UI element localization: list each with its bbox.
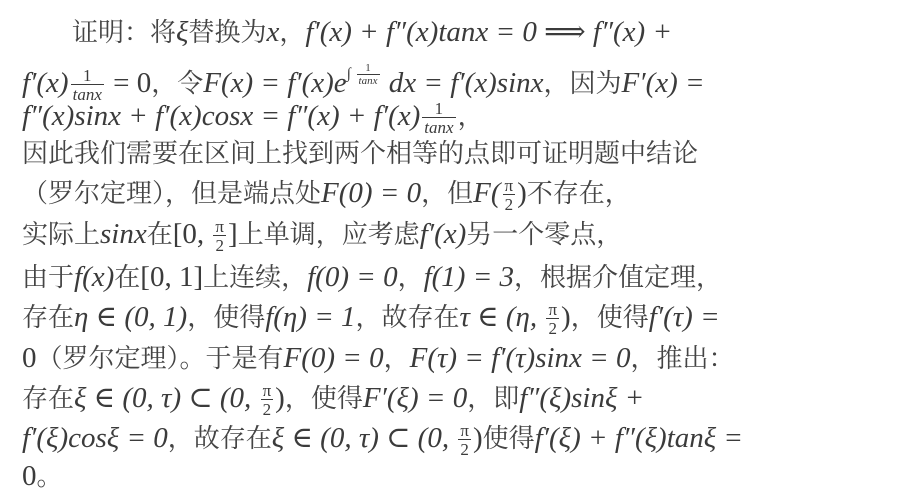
math: [0, 1] bbox=[140, 261, 203, 293]
text: ，使得 bbox=[187, 303, 265, 333]
integral-sign: ∫ bbox=[347, 66, 355, 82]
text: 上单调，应考虑 bbox=[238, 220, 420, 250]
fraction: π2 bbox=[213, 218, 226, 254]
math: F(x) = f′(x)e bbox=[203, 67, 346, 99]
numerator: 1 bbox=[433, 100, 446, 117]
math: x bbox=[266, 16, 279, 48]
math: F(0) = 0 bbox=[284, 342, 384, 374]
proof-line-10: 存在ξ ∈ (0, τ) ⊂ (0, π2)，使得F′(ξ) = 0，即f″(ξ… bbox=[22, 378, 644, 418]
math: η ∈ (0, 1) bbox=[74, 301, 187, 333]
math: ) bbox=[473, 422, 483, 454]
proof-line-5: （罗尔定理），但是端点处F(0) = 0，但F(π2)不存在， bbox=[22, 173, 631, 213]
denominator: 2 bbox=[458, 439, 471, 458]
math: = 0 bbox=[106, 67, 151, 99]
fraction: 1tanx bbox=[422, 100, 455, 136]
text: ，推出： bbox=[631, 344, 735, 374]
text: 。 bbox=[37, 462, 63, 492]
math: f″(ξ)sinξ + bbox=[519, 382, 644, 414]
proof-line-6: 实际上sinx在[0, π2]上单调，应考虑f′(x)另一个零点， bbox=[22, 214, 622, 254]
text: ，故存在 bbox=[168, 424, 272, 454]
math: f″(x)sinx + f′(x)cosx = f″(x) + f′(x) bbox=[22, 100, 420, 132]
denominator: tanx bbox=[422, 117, 455, 136]
text: （罗尔定理）。于是有 bbox=[37, 344, 284, 374]
text: ，令 bbox=[151, 69, 203, 99]
math: f(η) = 1 bbox=[265, 301, 355, 333]
text: ，但 bbox=[421, 179, 473, 209]
numerator: π bbox=[503, 177, 516, 194]
math: F′(x) = bbox=[622, 67, 705, 99]
text: ， bbox=[384, 344, 410, 374]
math: sinx bbox=[100, 218, 147, 250]
exponent: ∫ 1tanx bbox=[347, 54, 382, 94]
denominator: 2 bbox=[213, 235, 226, 254]
numerator: π bbox=[458, 422, 471, 439]
math: ) bbox=[517, 177, 527, 209]
text: 因此我们需要在区间上找到两个相等的点即可证明题中结论 bbox=[22, 139, 698, 169]
text: 由于 bbox=[22, 263, 74, 293]
numerator: π bbox=[213, 218, 226, 235]
proof-line-3: f″(x)sinx + f′(x)cosx = f″(x) + f′(x)1ta… bbox=[22, 96, 484, 136]
fraction: π2 bbox=[546, 301, 559, 337]
numerator: π bbox=[261, 382, 274, 399]
text: 另一个零点， bbox=[466, 220, 622, 250]
math: τ ∈ (η, bbox=[460, 301, 545, 333]
text: 在 bbox=[147, 220, 173, 250]
proof-line-4: 因此我们需要在区间上找到两个相等的点即可证明题中结论 bbox=[22, 134, 698, 174]
proof-line-2: f′(x)1tanx = 0，令F(x) = f′(x)e∫ 1tanx dx … bbox=[22, 54, 705, 94]
proof-line-1: 证明：将ξ替换为x，f′(x) + f″(x)tanx = 0 ⟹ f″(x) … bbox=[72, 12, 672, 52]
text: ，使得 bbox=[571, 303, 649, 333]
text: 存在 bbox=[22, 303, 74, 333]
math: F( bbox=[473, 177, 500, 209]
text: ， bbox=[458, 102, 484, 132]
text: （罗尔定理），但是端点处 bbox=[22, 179, 321, 209]
numerator: 1 bbox=[363, 63, 373, 74]
text: 在 bbox=[114, 263, 140, 293]
math: ] bbox=[228, 218, 238, 250]
math: ) bbox=[561, 301, 571, 333]
text: ，使得 bbox=[285, 384, 363, 414]
proof-line-7: 由于f(x)在[0, 1]上连续，f(0) = 0，f(1) = 3，根据介值定… bbox=[22, 257, 722, 297]
fraction: π2 bbox=[458, 422, 471, 458]
math: F(0) = 0 bbox=[321, 177, 421, 209]
denominator: tanx bbox=[357, 74, 380, 87]
math: f′(x) bbox=[420, 218, 467, 250]
text: 上连续， bbox=[203, 263, 307, 293]
math: f′(ξ)cosξ = 0 bbox=[22, 422, 168, 454]
fraction: π2 bbox=[261, 382, 274, 418]
math: 0 bbox=[22, 460, 37, 492]
fraction: π2 bbox=[503, 177, 516, 213]
math: ξ bbox=[176, 16, 188, 48]
numerator: 1 bbox=[81, 67, 94, 84]
text: ， bbox=[398, 263, 424, 293]
math: f(1) = 3 bbox=[424, 261, 514, 293]
text: 替换为 bbox=[188, 18, 266, 48]
math: ξ ∈ (0, τ) ⊂ (0, bbox=[272, 422, 457, 454]
proof-line-8: 存在η ∈ (0, 1)，使得f(η) = 1，故存在τ ∈ (η, π2)，使… bbox=[22, 297, 720, 337]
text: ，根据介值定理， bbox=[514, 263, 722, 293]
text: ， bbox=[279, 18, 305, 48]
text: 实际上 bbox=[22, 220, 100, 250]
text: ，因为 bbox=[544, 69, 622, 99]
text: 存在 bbox=[22, 384, 74, 414]
math: f(0) = 0 bbox=[307, 261, 397, 293]
proof-line-9: 0（罗尔定理）。于是有F(0) = 0，F(τ) = f′(τ)sinx = 0… bbox=[22, 338, 735, 378]
text: 不存在， bbox=[527, 179, 631, 209]
math: F(τ) = f′(τ)sinx = 0 bbox=[410, 342, 631, 374]
math: dx = f′(x)sinx bbox=[382, 67, 544, 99]
text: ，故存在 bbox=[356, 303, 460, 333]
proof-line-12: 0。 bbox=[22, 456, 63, 496]
denominator: 2 bbox=[261, 399, 274, 418]
denominator: 2 bbox=[503, 194, 516, 213]
denominator: 2 bbox=[546, 318, 559, 337]
math: f′(ξ) + f″(ξ)tanξ = bbox=[535, 422, 743, 454]
math: f′(x) bbox=[22, 67, 69, 99]
text: ，即 bbox=[467, 384, 519, 414]
text: 使得 bbox=[483, 424, 535, 454]
numerator: π bbox=[546, 301, 559, 318]
math: f′(x) + f″(x)tanx = 0 ⟹ f″(x) + bbox=[305, 16, 672, 48]
math: ξ ∈ (0, τ) ⊂ (0, bbox=[74, 382, 259, 414]
math: 0 bbox=[22, 342, 37, 374]
proof-line-11: f′(ξ)cosξ = 0，故存在ξ ∈ (0, τ) ⊂ (0, π2)使得f… bbox=[22, 418, 743, 458]
math: [0, bbox=[173, 218, 212, 250]
math: f′(τ) = bbox=[649, 301, 720, 333]
math: F′(ξ) = 0 bbox=[363, 382, 467, 414]
fraction: 1tanx bbox=[357, 63, 380, 87]
math: f(x) bbox=[74, 261, 114, 293]
math: ) bbox=[275, 382, 285, 414]
text: 证明：将 bbox=[72, 18, 176, 48]
